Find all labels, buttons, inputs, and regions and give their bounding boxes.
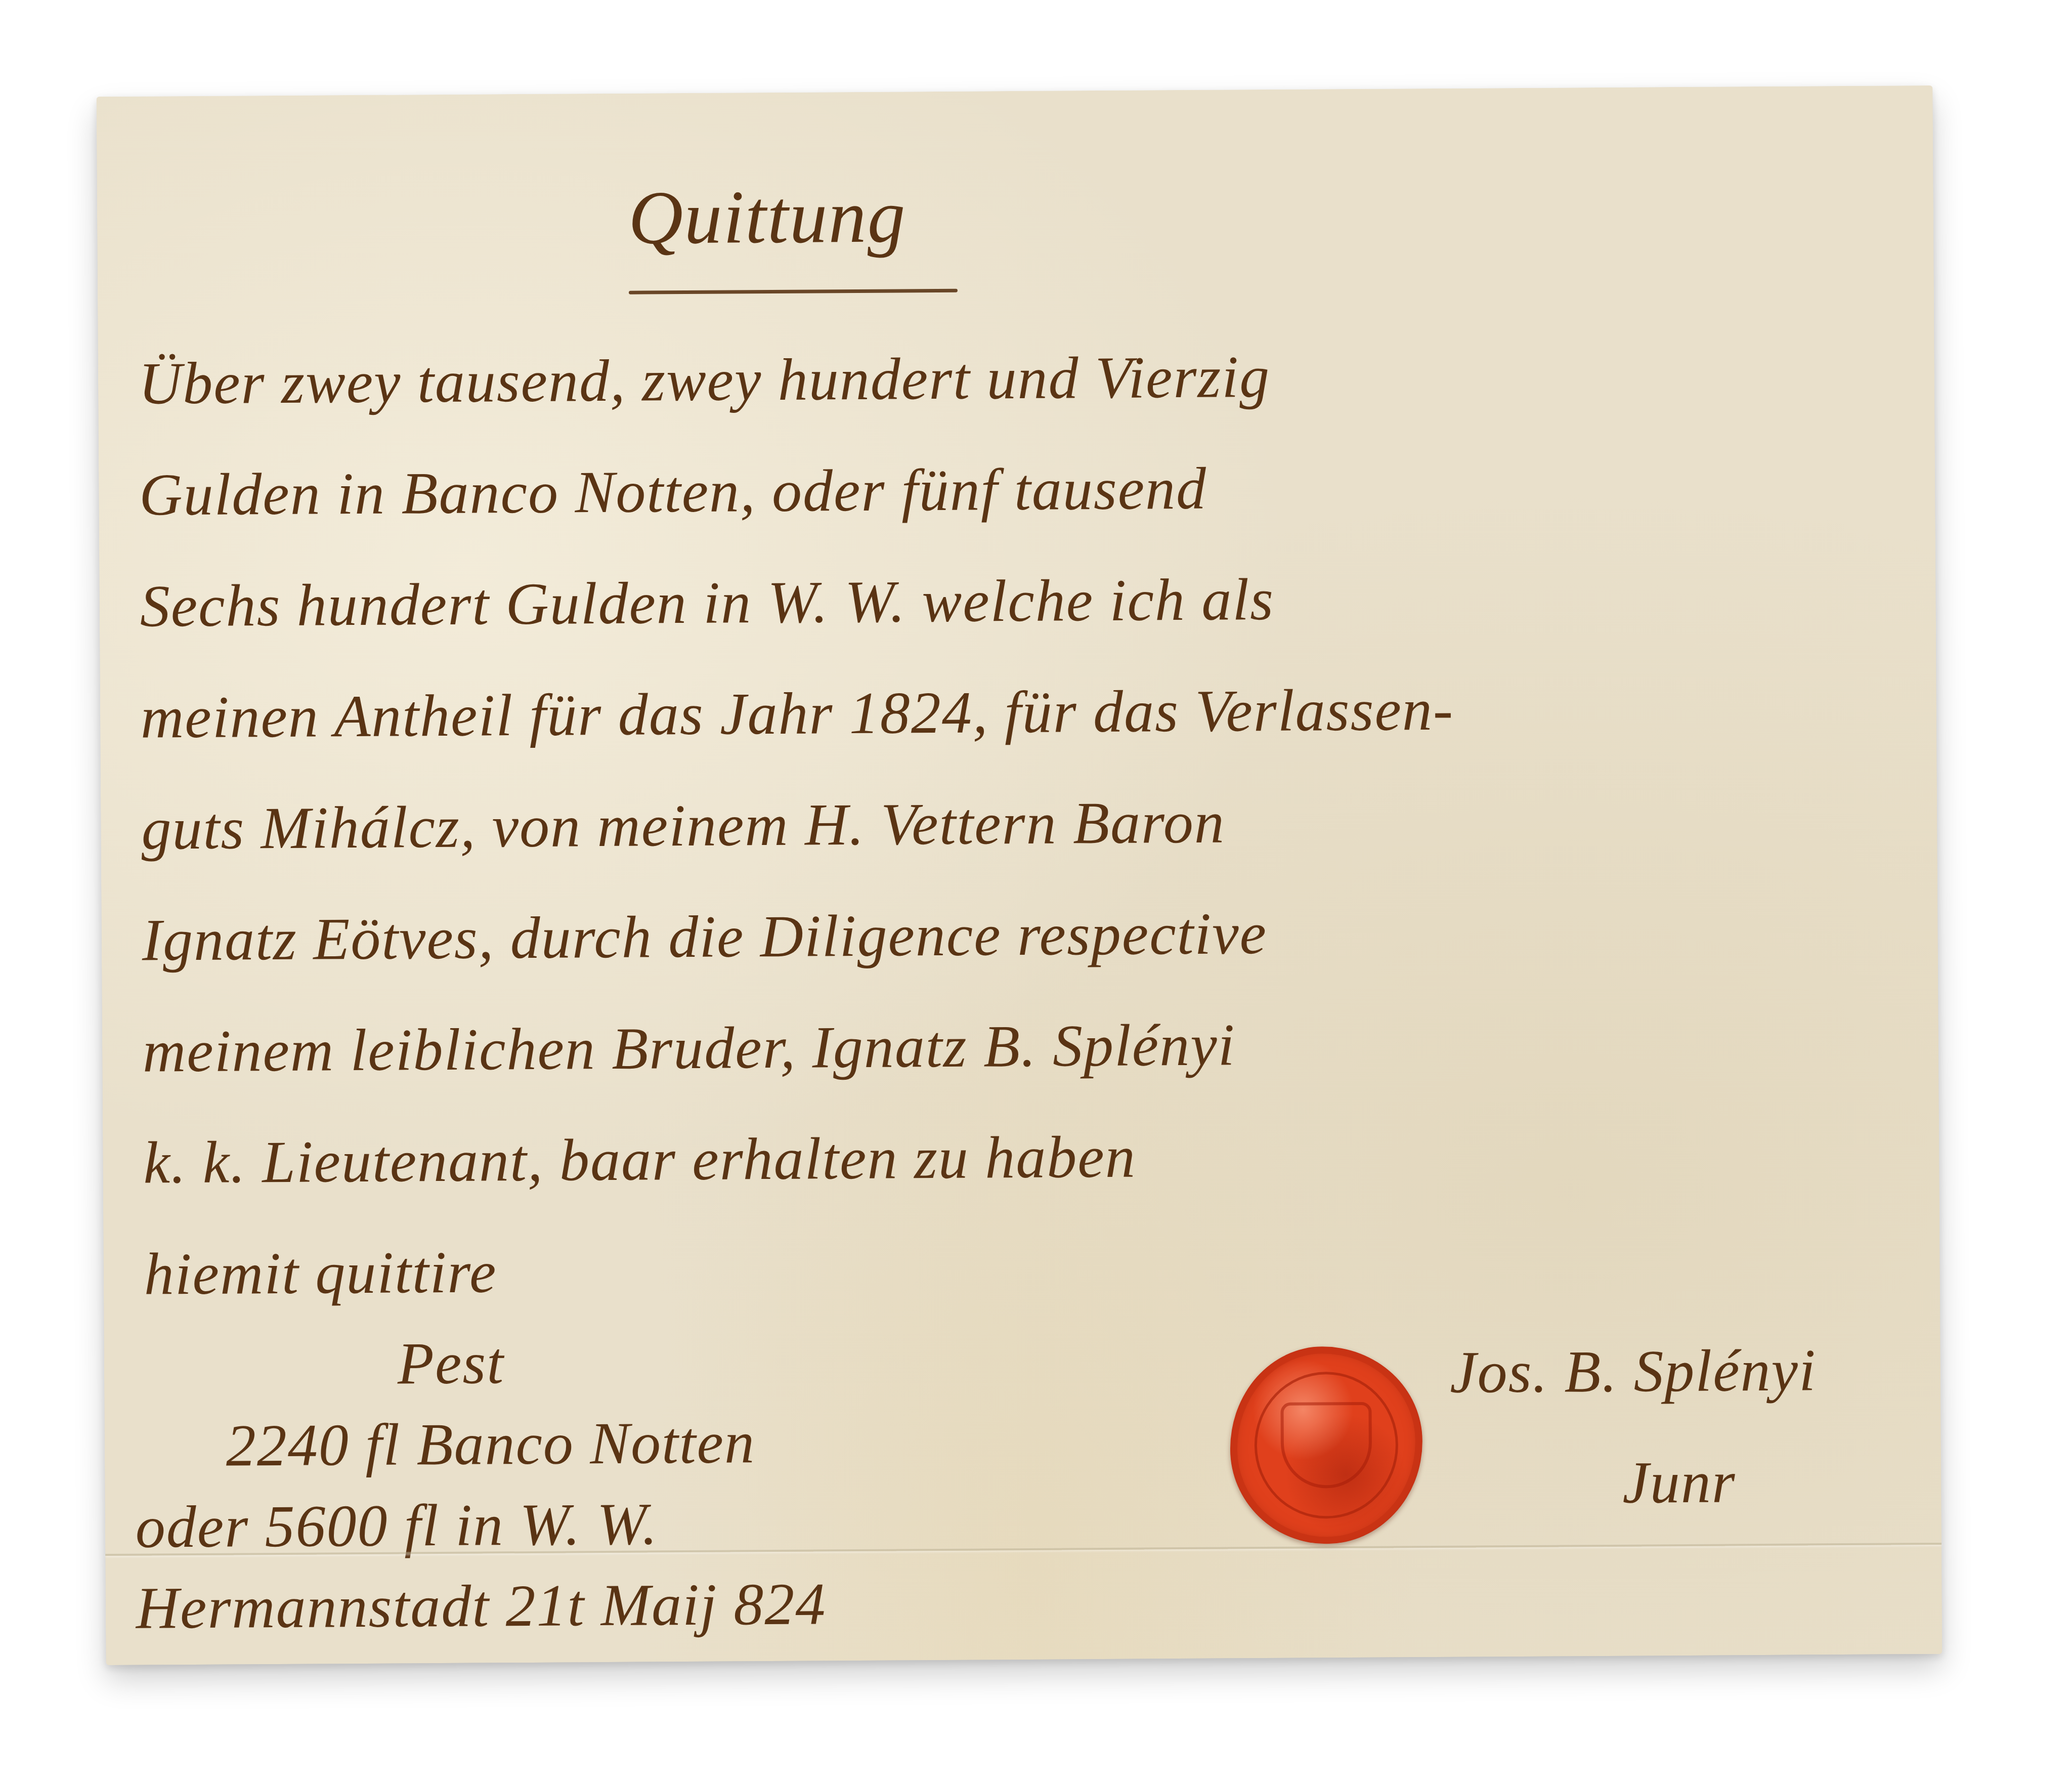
body-line-9: hiemit quittire bbox=[144, 1238, 497, 1308]
body-line-8: k. k. Lieutenant, baar erhalten zu haben bbox=[143, 1123, 1136, 1198]
body-line-4: meinen Antheil für das Jahr 1824, für da… bbox=[141, 675, 1454, 752]
title-underline bbox=[629, 289, 958, 294]
signature-suffix: Junr bbox=[1622, 1448, 1736, 1517]
body-line-6: Ignatz Eötves, durch die Diligence respe… bbox=[142, 899, 1267, 975]
body-line-7: meinem leiblichen Bruder, Ignatz B. Splé… bbox=[143, 1010, 1236, 1086]
summary-amount-banco: 2240 fl Banco Notten bbox=[226, 1408, 755, 1480]
body-line-3: Sechs hundert Gulden in W. W. welche ich… bbox=[140, 565, 1274, 641]
document-title: Quittung bbox=[628, 173, 906, 261]
body-line-1: Über zwey tausend, zwey hundert und Vier… bbox=[139, 343, 1271, 418]
place-date: Hermannstadt 21t Maij 824 bbox=[136, 1570, 826, 1642]
wax-seal bbox=[1230, 1346, 1423, 1544]
body-line-2: Gulden in Banco Notten, oder fünf tausen… bbox=[139, 454, 1207, 530]
signature-name: Jos. B. Splényi bbox=[1450, 1336, 1817, 1407]
body-line-5: guts Mihálcz, von meinem H. Vettern Baro… bbox=[141, 788, 1225, 864]
summary-label: Pest bbox=[397, 1329, 504, 1398]
document-paper: Quittung Über zwey tausend, zwey hundert… bbox=[97, 86, 1942, 1665]
